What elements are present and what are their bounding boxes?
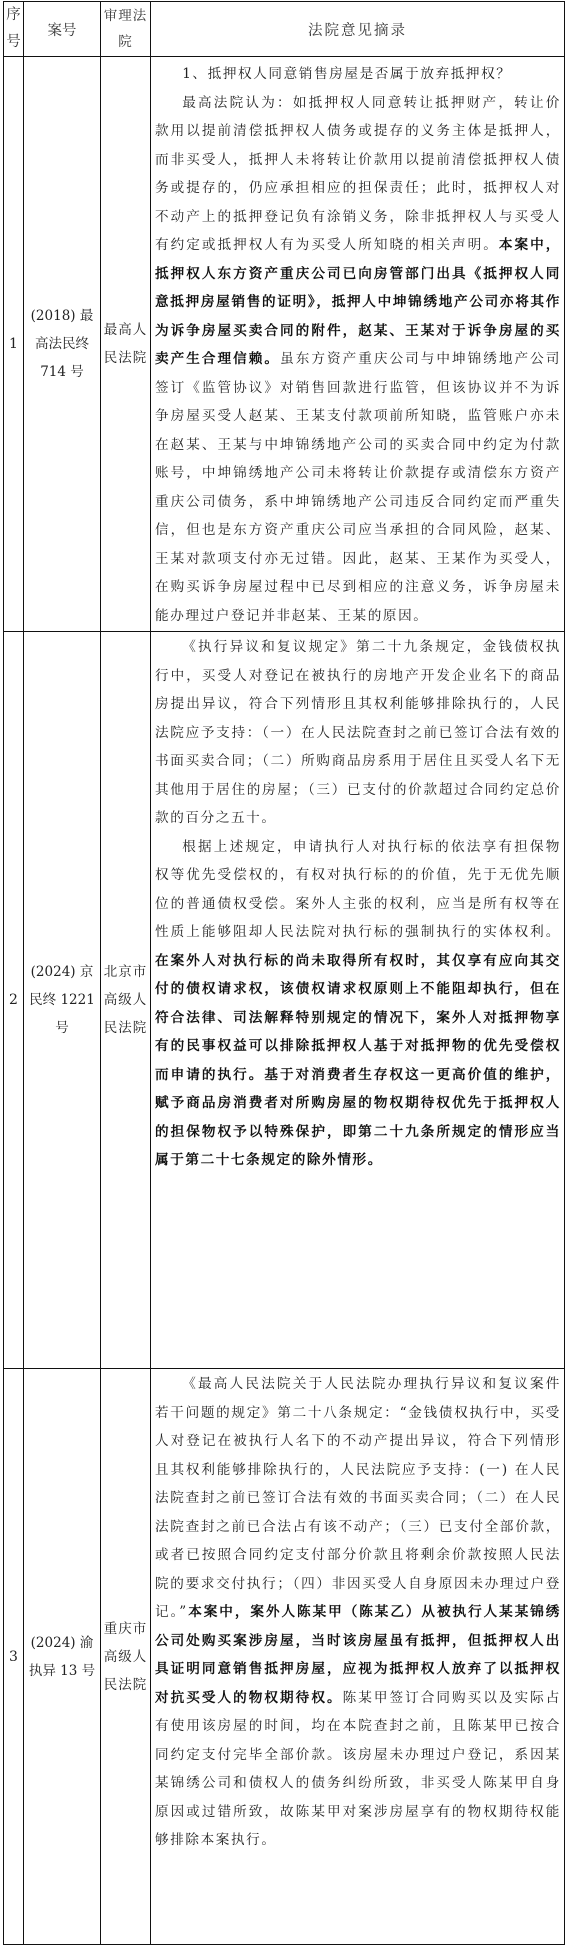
opinion-excerpt: 1、抵押权人同意销售房屋是否属于放弃抵押权？最高法院认为：如抵押权人同意转让抵押…: [151, 57, 565, 632]
opinion-excerpt: 《最高人民法院关于人民法院办理执行异议和复议案件若干问题的规定》第二十八条规定：…: [151, 1369, 565, 1909]
serial-number: 3: [4, 1369, 24, 1909]
case-number: (2024) 京 民终 1221 号: [24, 632, 101, 1369]
text-run: 《最高人民法院关于人民法院办理执行异议和复议案件若干问题的规定》第二十八条规定：…: [155, 1376, 561, 1620]
court-name: 北京市 高级人 民法院: [101, 632, 151, 1369]
case-number: (2018) 最 高法民终 714 号: [24, 57, 101, 632]
header-case-number: 案号: [24, 2, 101, 57]
header-opinion-excerpt: 法院意见摘录: [151, 2, 565, 57]
opinion-paragraph: 根据上述规定，申请执行人对执行标的依法享有担保物权等优先受偿权的，有权对执行标的…: [155, 833, 561, 1175]
opinion-paragraph: 《最高人民法院关于人民法院办理执行异议和复议案件若干问题的规定》第二十八条规定：…: [155, 1370, 561, 1855]
header-serial-number: 序 号: [4, 2, 24, 57]
court-name: 最高人 民法院: [101, 57, 151, 632]
opinion-excerpt: 《执行异议和复议规定》第二十九条规定，金钱债权执行中，买受人对登记在被执行的房地…: [151, 632, 565, 1369]
opinion-paragraph: 《执行异议和复议规定》第二十九条规定，金钱债权执行中，买受人对登记在被执行的房地…: [155, 633, 561, 833]
text-run: 《执行异议和复议规定》第二十九条规定，金钱债权执行中，买受人对登记在被执行的房地…: [155, 639, 561, 826]
table-row: 2 (2024) 京 民终 1221 号 北京市 高级人 民法院 《执行异议和复…: [4, 632, 565, 1369]
table-row: 1 (2018) 最 高法民终 714 号 最高人 民法院 1、抵押权人同意销售…: [4, 57, 565, 632]
emphasized-text: 在案外人对执行标的尚未取得所有权时，其仅享有应向其交付的债权请求权，该债权请求权…: [155, 953, 561, 1169]
text-run: 根据上述规定，申请执行人对执行标的依法享有担保物权等优先受偿权的，有权对执行标的…: [155, 839, 561, 941]
court-name: 重庆市 高级人 民法院: [101, 1369, 151, 1909]
opinion-paragraph: 1、抵押权人同意销售房屋是否属于放弃抵押权？: [155, 60, 561, 89]
opinion-paragraph: 最高法院认为：如抵押权人同意转让抵押财产，转让价款用以提前清偿抵押权人债务或提存…: [155, 89, 561, 631]
text-run: 1、抵押权人同意销售房屋是否属于放弃抵押权？: [182, 66, 511, 82]
text-run: 虽东方资产重庆公司与中坤锦绣地产公司签订《监管协议》对销售回款进行监管，但该协议…: [155, 351, 561, 624]
serial-number: 2: [4, 632, 24, 1369]
case-number: (2024) 渝 执异 13 号: [24, 1369, 101, 1909]
serial-number: 1: [4, 57, 24, 632]
text-run: 陈某甲签订合同购买以及实际占有使用该房屋的时间，均在本院查封之前，且陈某甲已按合…: [155, 1690, 561, 1849]
text-run: 最高法院认为：如抵押权人同意转让抵押财产，转让价款用以提前清偿抵押权人债务或提存…: [155, 95, 561, 254]
header-row: 序 号 案号 审理法 院 法院意见摘录: [4, 2, 565, 57]
emphasized-text: 本案中，抵押权人东方资产重庆公司已向房管部门出具《抵押权人同意抵押房屋销售的证明…: [155, 237, 561, 367]
table-row: 3 (2024) 渝 执异 13 号 重庆市 高级人 民法院 《最高人民法院关于…: [4, 1369, 565, 1909]
header-court: 审理法 院: [101, 2, 151, 57]
court-opinions-table: 序 号 案号 审理法 院 法院意见摘录 1 (2018) 最 高法民终 714 …: [3, 1, 565, 1908]
